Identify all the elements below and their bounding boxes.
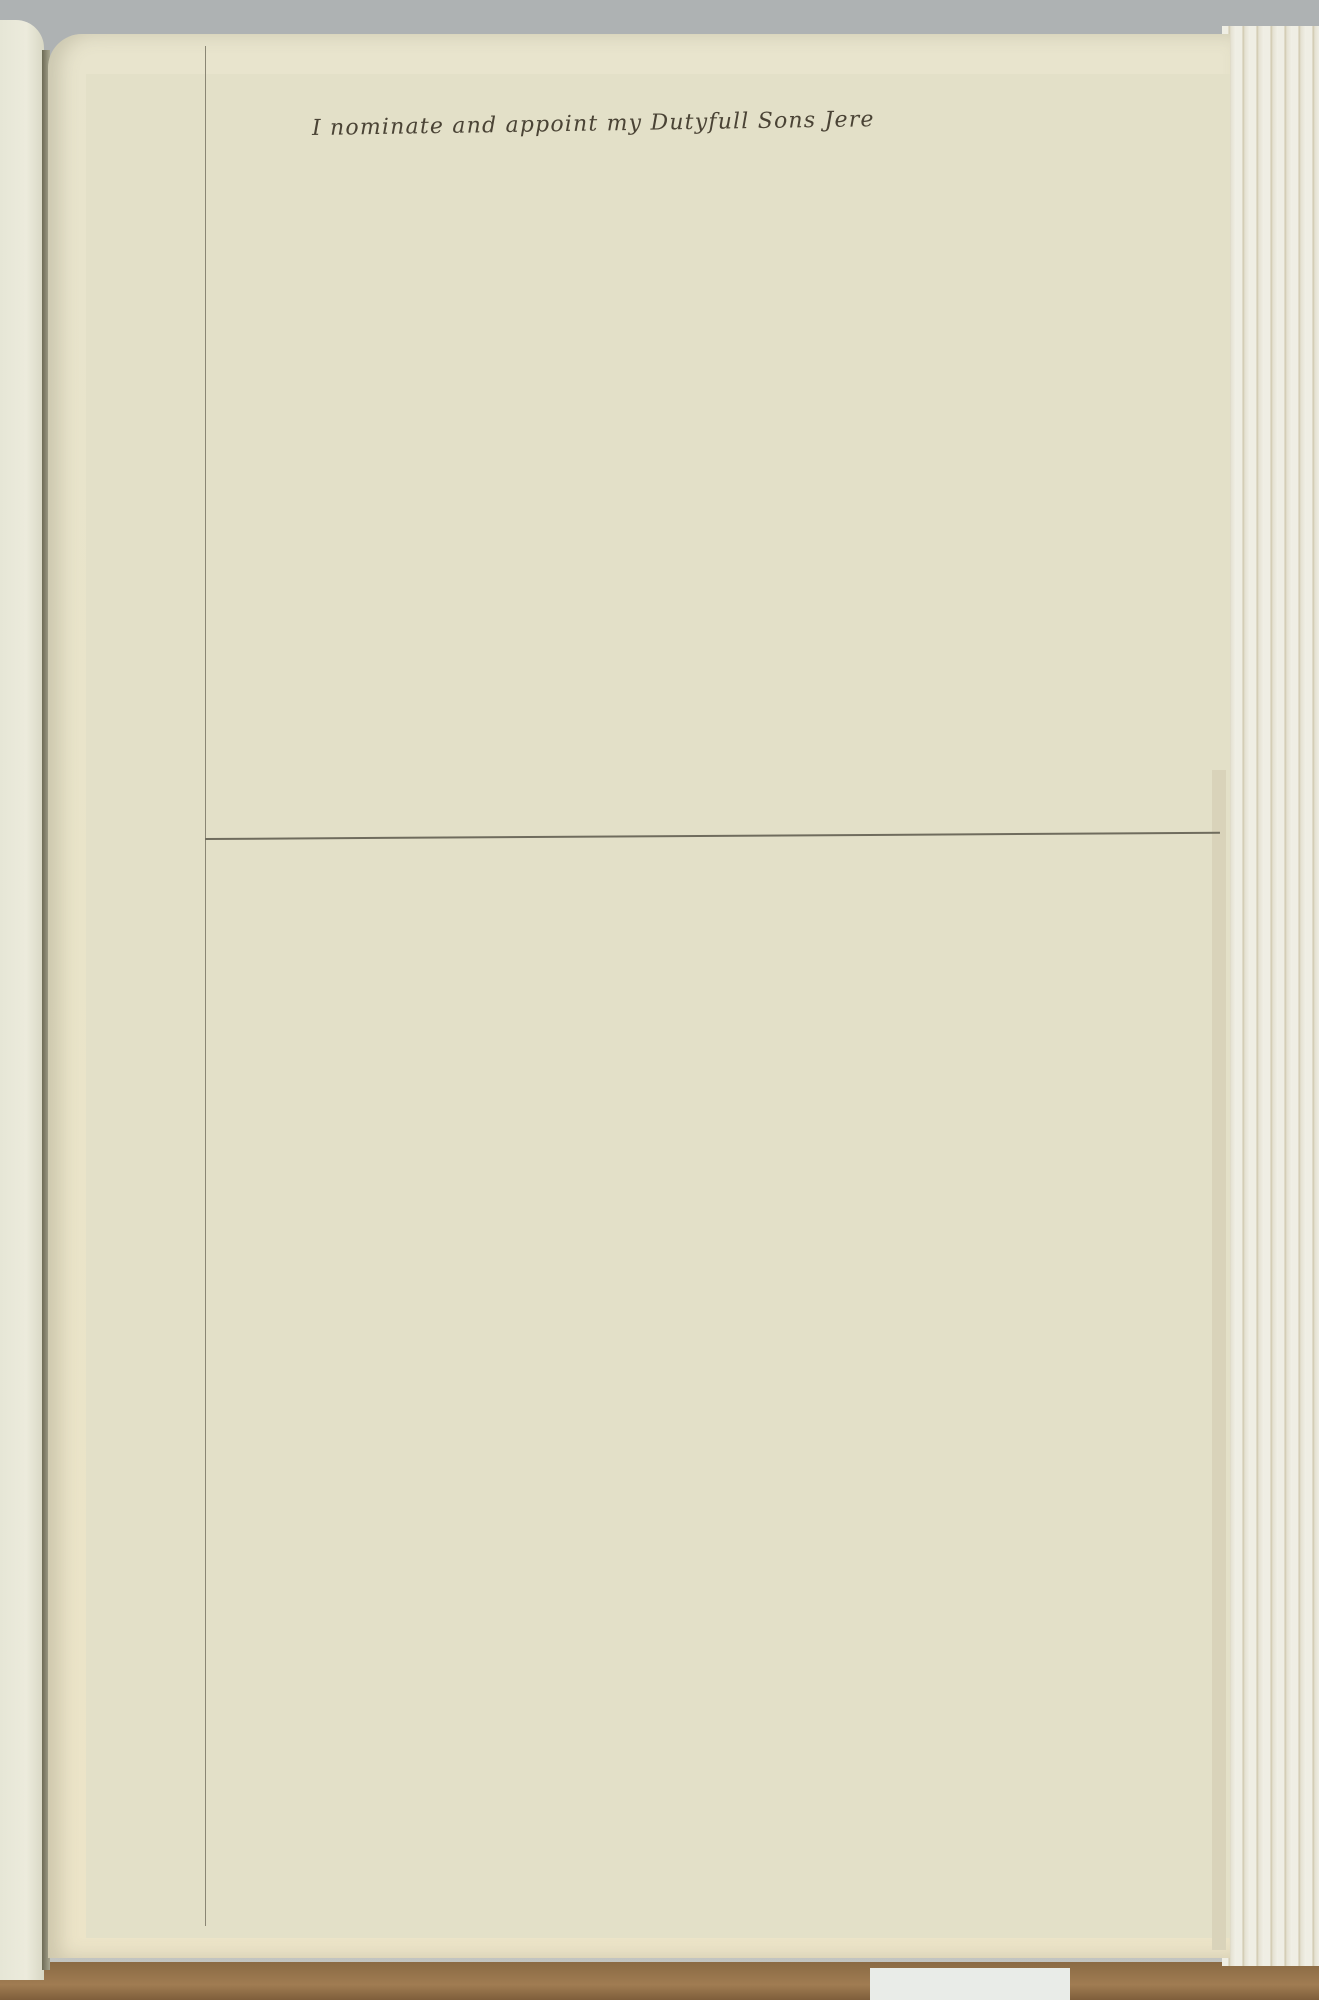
cloth-under-book (870, 1968, 1070, 2000)
page-repair-strip (1212, 770, 1226, 1950)
page-writing-area (86, 74, 1230, 1938)
ledger-page (48, 34, 1230, 1958)
wooden-desk (0, 1962, 1319, 2000)
page-edge-stack (1222, 26, 1319, 1966)
margin-rule-line (205, 46, 206, 1926)
facing-page-edge (0, 20, 44, 1980)
